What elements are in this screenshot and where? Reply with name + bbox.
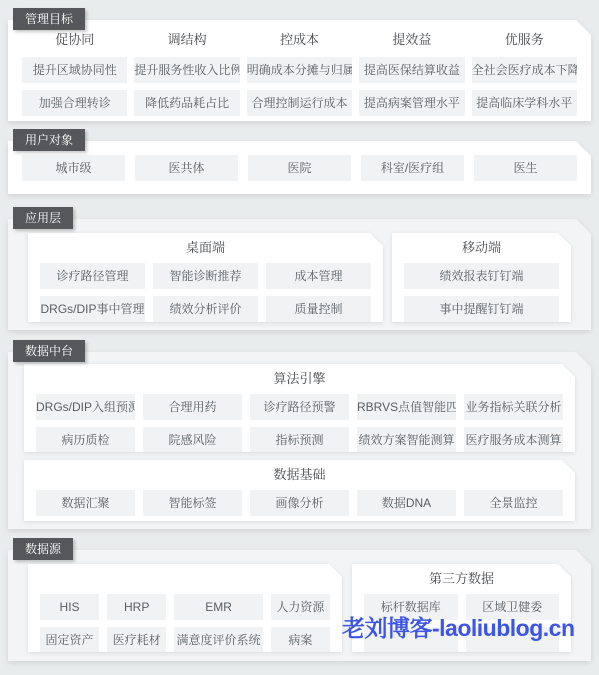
internal-systems-title: [40, 569, 330, 589]
algo-item: RBRVS点值智能匹配: [357, 394, 456, 420]
algo-item: 绩效方案智能测算: [357, 427, 456, 453]
algo-item: 诊疗路径预警: [250, 394, 349, 420]
goal-column-header: 促协同: [22, 30, 127, 50]
data-foundation-title: 数据基础: [36, 465, 563, 485]
application-layer-card: 桌面端 诊疗路径管理 智能诊断推荐 成本管理 DRGs/DIP事中管理 绩效分析…: [8, 219, 591, 330]
app-item: 诊疗路径管理: [40, 263, 145, 289]
desktop-panel: 桌面端 诊疗路径管理 智能诊断推荐 成本管理 DRGs/DIP事中管理 绩效分析…: [28, 233, 383, 322]
goal-item: 提升区域协同性: [22, 57, 127, 83]
user-item: 科室/医疗组: [361, 155, 464, 181]
management-goals-grid: 促协同 调结构 控成本 提效益 优服务 提升区域协同性 提升服务性收入比例 明确…: [22, 30, 577, 116]
source-item: EMR: [174, 594, 263, 620]
data-source-card: HIS HRP EMR 人力资源 固定资产 医疗耗材 满意度评价系统 病案: [8, 550, 591, 661]
section-tag-application-layer: 应用层: [13, 207, 73, 229]
goal-column-header: 提效益: [359, 30, 464, 50]
internal-systems-panel: HIS HRP EMR 人力资源 固定资产 医疗耗材 满意度评价系统 病案: [28, 564, 342, 652]
source-item: 医疗耗材: [107, 627, 166, 653]
app-item: 质量控制: [266, 296, 371, 322]
source-item: 人力资源: [271, 594, 330, 620]
data-foundation-panel: 数据基础 数据汇聚 智能标签 画像分析 数据DNA 全景监控: [24, 460, 575, 521]
data-platform-card: 算法引擎 DRGs/DIP入组预测 合理用药 诊疗路径预警 RBRVS点值智能匹…: [8, 352, 591, 529]
source-item: HIS: [40, 594, 99, 620]
goal-item: 降低药品耗占比: [134, 90, 239, 116]
goal-item: 提高临床学科水平: [472, 90, 577, 116]
algo-item: 合理用药: [143, 394, 242, 420]
user-item: 城市级: [22, 155, 125, 181]
app-item: 绩效报表钉钉端: [404, 263, 559, 289]
foundation-item: 数据汇聚: [36, 490, 135, 516]
app-item: 事中提醒钉钉端: [404, 296, 559, 322]
algo-item: 医疗服务成本测算: [464, 427, 563, 453]
goal-item: 全社会医疗成本下降: [472, 57, 577, 83]
source-item: 病案: [271, 627, 330, 653]
architecture-diagram: 管理目标 促协同 调结构 控成本 提效益 优服务 提升区域协同性 提升服务性收入…: [0, 0, 599, 675]
management-goals-card: 促协同 调结构 控成本 提效益 优服务 提升区域协同性 提升服务性收入比例 明确…: [8, 20, 591, 121]
algorithm-engine-title: 算法引擎: [36, 369, 563, 389]
goal-item: 明确成本分摊与归属: [247, 57, 352, 83]
section-tag-user-objects: 用户对象: [13, 129, 85, 151]
goal-item: 合理控制运行成本: [247, 90, 352, 116]
source-item: 满意度评价系统: [174, 627, 263, 653]
algorithm-engine-panel: 算法引擎 DRGs/DIP入组预测 合理用药 诊疗路径预警 RBRVS点值智能匹…: [24, 364, 575, 452]
algo-item: DRGs/DIP入组预测: [36, 394, 135, 420]
app-item: 成本管理: [266, 263, 371, 289]
user-objects-card: 城市级 医共体 医院 科室/医疗组 医生: [8, 141, 591, 194]
goal-item: 提高医保结算收益: [359, 57, 464, 83]
section-tag-management-goals: 管理目标: [13, 8, 85, 30]
user-item: 医共体: [135, 155, 238, 181]
desktop-panel-title: 桌面端: [40, 238, 371, 258]
foundation-item: 数据DNA: [357, 490, 456, 516]
source-item: 固定资产: [40, 627, 99, 653]
section-tag-data-source: 数据源: [13, 538, 73, 560]
algo-item: 指标预测: [250, 427, 349, 453]
goal-column-header: 优服务: [472, 30, 577, 50]
user-objects-row: 城市级 医共体 医院 科室/医疗组 医生: [22, 155, 577, 181]
goal-item: 提高病案管理水平: [359, 90, 464, 116]
algo-item: 业务指标关联分析: [464, 394, 563, 420]
goal-item: 提升服务性收入比例: [134, 57, 239, 83]
mobile-panel-title: 移动端: [404, 238, 559, 258]
user-item: 医生: [474, 155, 577, 181]
app-item: 绩效分析评价: [153, 296, 258, 322]
mobile-panel: 移动端 绩效报表钉钉端 事中提醒钉钉端: [392, 233, 571, 322]
goal-item: 加强合理转诊: [22, 90, 127, 116]
foundation-item: 智能标签: [143, 490, 242, 516]
foundation-item: 画像分析: [250, 490, 349, 516]
goal-column-header: 调结构: [134, 30, 239, 50]
user-item: 医院: [248, 155, 351, 181]
algo-item: 病历质检: [36, 427, 135, 453]
source-item: HRP: [107, 594, 166, 620]
foundation-item: 全景监控: [464, 490, 563, 516]
app-item: 智能诊断推荐: [153, 263, 258, 289]
app-item: DRGs/DIP事中管理: [40, 296, 145, 322]
algo-item: 院感风险: [143, 427, 242, 453]
third-party-data-title: 第三方数据: [364, 569, 559, 589]
section-tag-data-platform: 数据中台: [13, 340, 85, 362]
goal-column-header: 控成本: [247, 30, 352, 50]
site-watermark: 老刘博客-laoliublog.cn: [342, 610, 575, 643]
